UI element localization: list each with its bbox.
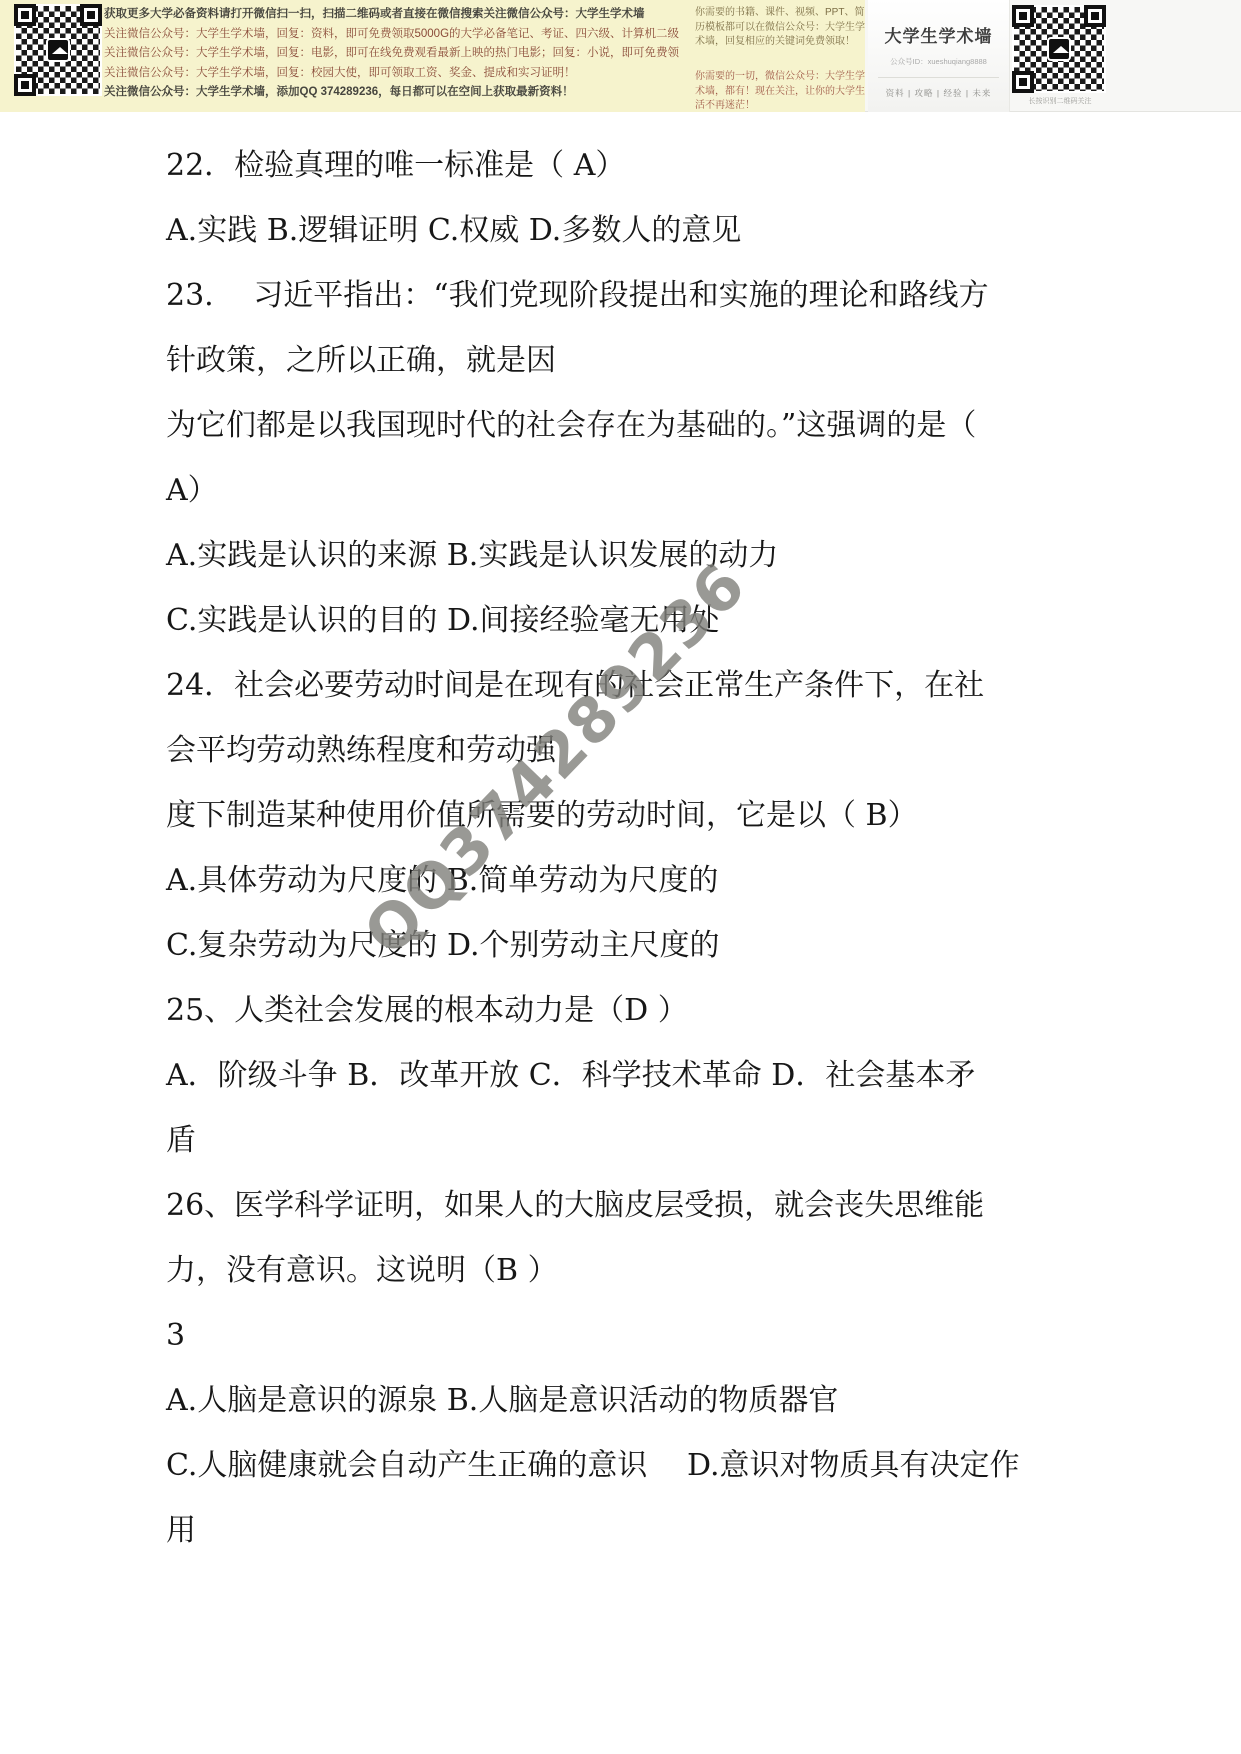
qr-finder-icon bbox=[80, 4, 102, 26]
account-card-subtitle: 公众号ID：xueshuqiang8888 bbox=[868, 56, 1009, 67]
qr-caption: 长按识别二维码关注 bbox=[1012, 96, 1108, 106]
question-24-continued: 度下制造某种使用价值所需要的劳动时间，它是以（ B） bbox=[166, 798, 976, 834]
question-26-options: C.人脑健康就会自动产生正确的意识 D.意识对物质具有决定作 bbox=[166, 1448, 976, 1484]
promo-line: 关注微信公众号：大学生学术墙，回复：电影，即可在线免费观看最新上映的热门电影；回… bbox=[104, 44, 679, 64]
question-25: 25、人类社会发展的根本动力是（D ） bbox=[166, 993, 976, 1029]
qr-finder-icon bbox=[1012, 5, 1034, 27]
question-26-continued: 力，没有意识。这说明（B ） bbox=[166, 1253, 976, 1289]
question-22: 22．检验真理的唯一标准是（ A） bbox=[166, 148, 976, 184]
promo-text-block: 获取更多大学必备资料请打开微信扫一扫，扫描二维码或者直接在微信搜索关注微信公众号… bbox=[104, 5, 679, 103]
question-24-continued: 会平均劳动熟练程度和劳动强 bbox=[166, 733, 976, 769]
question-23-answer: A） bbox=[166, 473, 976, 509]
graduation-cap-icon bbox=[46, 38, 70, 62]
qr-finder-icon bbox=[1084, 5, 1106, 27]
question-23-continued: 针政策，之所以正确，就是因 bbox=[166, 343, 976, 379]
promo-line: 获取更多大学必备资料请打开微信扫一扫，扫描二维码或者直接在微信搜索关注微信公众号… bbox=[104, 5, 679, 25]
question-23: 23. 习近平指出：“我们党现阶段提出和实施的理论和路线方 bbox=[166, 278, 976, 314]
promo-line: 关注微信公众号：大学生学术墙，回复：校园大使，即可领取工资、奖金、提成和实习证明… bbox=[104, 64, 679, 84]
question-26-options: A.人脑是意识的源泉 B.人脑是意识活动的物质器官 bbox=[166, 1383, 976, 1419]
question-25-options-continued: 盾 bbox=[166, 1123, 976, 1159]
question-26-options-continued: 用 bbox=[166, 1513, 976, 1549]
page-number: 3 bbox=[166, 1318, 976, 1354]
account-card-title: 大学生学术墙 bbox=[868, 22, 1009, 47]
question-23-options: C.实践是认识的目的 D.间接经验毫无用处 bbox=[166, 603, 976, 639]
question-25-options: A．阶级斗争 B．改革开放 C．科学技术革命 D．社会基本矛 bbox=[166, 1058, 976, 1094]
question-26: 26、医学科学证明，如果人的大脑皮层受损，就会丧失思维能 bbox=[166, 1188, 976, 1224]
account-card-tags: 资料 | 攻略 | 经验 | 未来 bbox=[868, 87, 1009, 99]
promo-line: 关注微信公众号：大学生学术墙，回复：资料，即可免费领取5000G的大学必备笔记、… bbox=[104, 25, 679, 45]
qr-finder-icon bbox=[14, 74, 36, 96]
promo-line: 关注微信公众号：大学生学术墙，添加QQ 374289236，每日都可以在空间上获… bbox=[104, 83, 679, 103]
promo-banner: 获取更多大学必备资料请打开微信扫一扫，扫描二维码或者直接在微信搜索关注微信公众号… bbox=[0, 0, 1241, 112]
qr-finder-icon bbox=[1012, 71, 1034, 93]
side-note-bottom: 你需要的一切，微信公众号：大学生学术墙，都有！现在关注，让你的大学生活不再迷茫！ bbox=[695, 70, 867, 114]
qr-code-right-icon bbox=[1012, 5, 1106, 93]
side-note-top: 你需要的书籍、课件、视频、PPT、简历模板都可以在微信公众号：大学生学术墙，回复… bbox=[695, 6, 867, 50]
document-page: 获取更多大学必备资料请打开微信扫一扫，扫描二维码或者直接在微信搜索关注微信公众号… bbox=[0, 0, 1241, 1754]
qr-code-left-icon bbox=[14, 4, 102, 96]
qr-finder-icon bbox=[14, 4, 36, 26]
document-body: 22．检验真理的唯一标准是（ A） A.实践 B.逻辑证明 C.权威 D.多数人… bbox=[166, 148, 976, 1578]
question-23-options: A.实践是认识的来源 B.实践是认识发展的动力 bbox=[166, 538, 976, 574]
question-22-options: A.实践 B.逻辑证明 C.权威 D.多数人的意见 bbox=[166, 213, 976, 249]
question-24-options: A.具体劳动为尺度的 B.简单劳动为尺度的 bbox=[166, 863, 976, 899]
graduation-cap-icon bbox=[1047, 37, 1071, 61]
question-23-continued: 为它们都是以我国现时代的社会存在为基础的。”这强调的是（ bbox=[166, 408, 976, 444]
question-24-options: C.复杂劳动为尺度的 D.个别劳动主尺度的 bbox=[166, 928, 976, 964]
question-24: 24．社会必要劳动时间是在现有的社会正常生产条件下，在社 bbox=[166, 668, 976, 704]
card-divider bbox=[878, 77, 999, 78]
account-card: 大学生学术墙 公众号ID：xueshuqiang8888 资料 | 攻略 | 经… bbox=[868, 0, 1010, 112]
